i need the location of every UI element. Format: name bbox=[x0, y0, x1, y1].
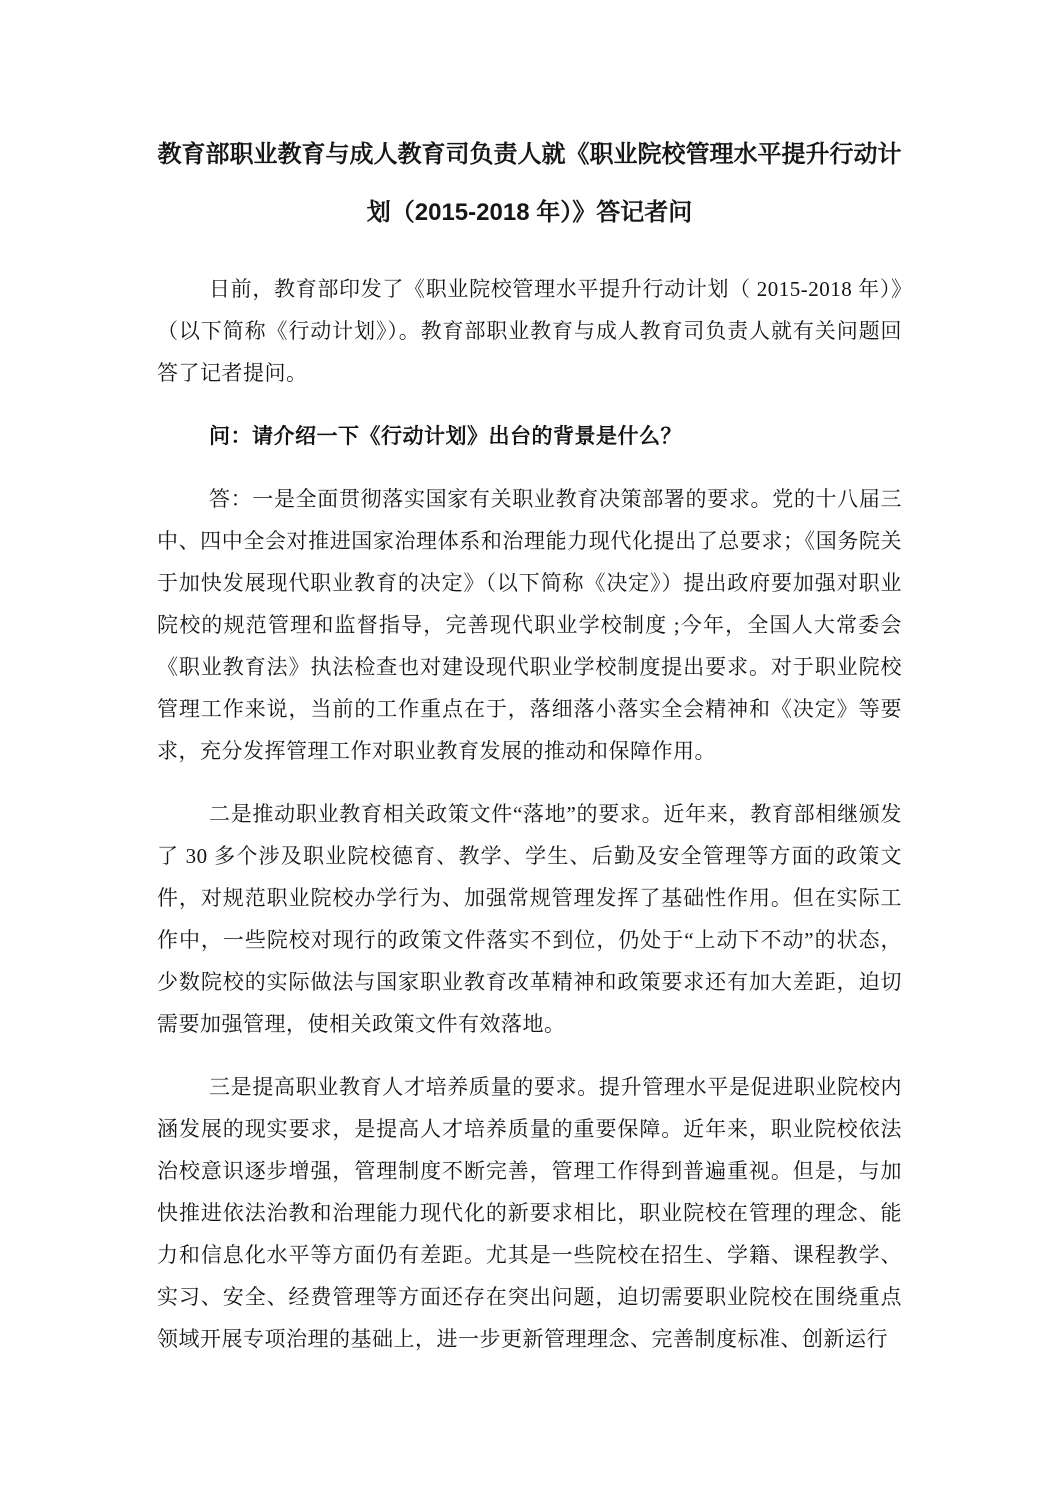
document-page: 教育部职业教育与成人教育司负责人就《职业院校管理水平提升行动计划（2015-20… bbox=[0, 0, 1059, 1497]
answer-paragraph-2: 二是推动职业教育相关政策文件“落地”的要求。近年来，教育部相继颁发了 30 多个… bbox=[157, 793, 902, 1045]
answer-paragraph-3: 三是提高职业教育人才培养质量的要求。提升管理水平是促进职业院校内涵发展的现实要求… bbox=[157, 1066, 902, 1360]
question-line: 问：请介绍一下《行动计划》出台的背景是什么？ bbox=[157, 415, 902, 457]
document-title: 教育部职业教育与成人教育司负责人就《职业院校管理水平提升行动计划（2015-20… bbox=[157, 126, 902, 242]
answer-paragraph-1: 答：一是全面贯彻落实国家有关职业教育决策部署的要求。党的十八届三中、四中全会对推… bbox=[157, 478, 902, 772]
intro-paragraph: 日前，教育部印发了《职业院校管理水平提升行动计划（ 2015-2018 年）》（… bbox=[157, 268, 902, 394]
